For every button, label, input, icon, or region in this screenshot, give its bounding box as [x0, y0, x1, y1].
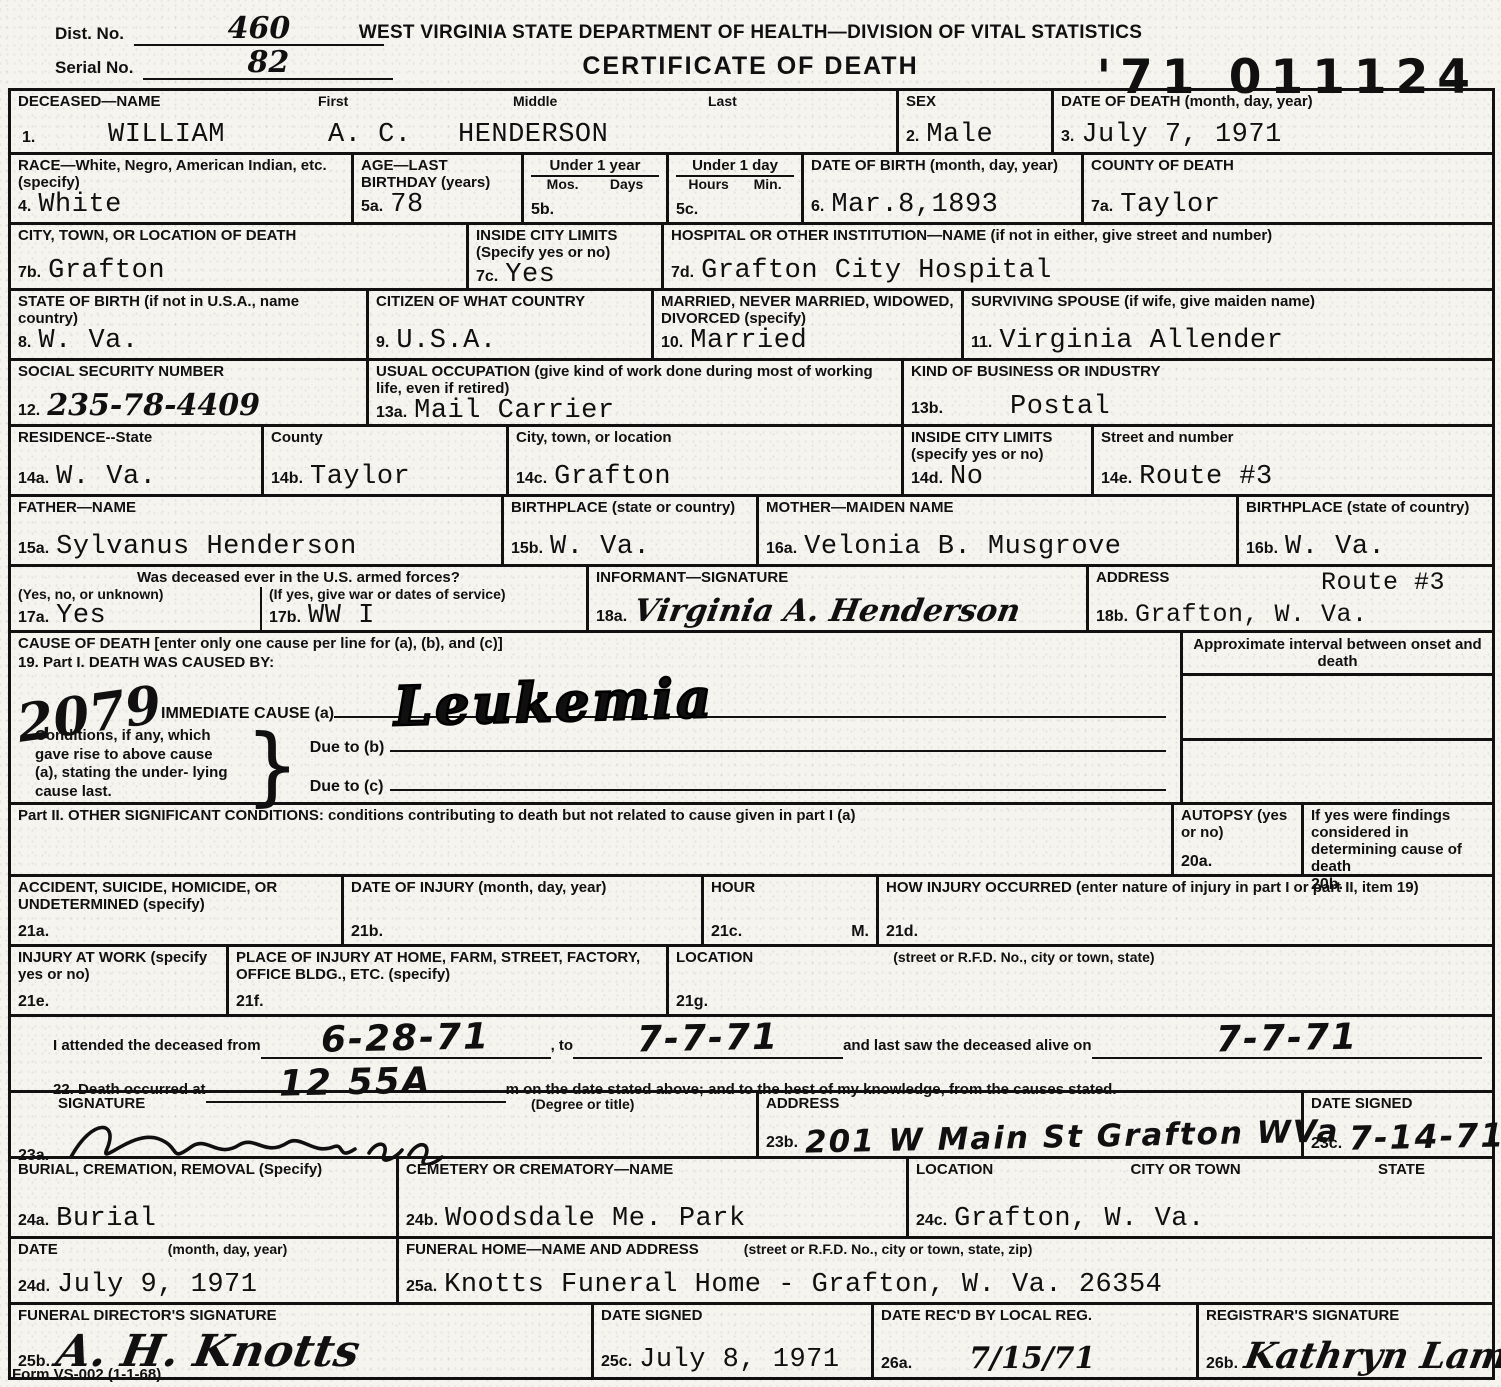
father-name-label: FATHER—NAME	[18, 500, 494, 517]
citizen-value: U.S.A.	[396, 328, 496, 355]
war-value: WW I	[308, 603, 375, 630]
business-value: Postal	[1010, 394, 1110, 421]
row-attended: I attended the deceased from 6-28-71 , t…	[11, 1017, 1492, 1093]
under-1-day-label: Under 1 day	[676, 158, 794, 175]
row-race-age-dob: RACE—White, Negro, American Indian, etc.…	[11, 155, 1492, 225]
ssn-value: 235-78-4409	[47, 391, 260, 421]
autopsy-label: AUTOPSY (yes or no)	[1181, 808, 1294, 842]
date-recd-value: 7/15/71	[969, 1344, 1095, 1374]
armed-forces-question: Was deceased ever in the U.S. armed forc…	[11, 567, 586, 587]
certifier-date-signed-label: DATE SIGNED	[1311, 1096, 1485, 1113]
location-sub-label: (street or R.F.D. No., city or town, sta…	[893, 950, 1154, 967]
age-label: AGE—LAST BIRTHDAY (years)	[361, 158, 514, 192]
burial-type-value: Burial	[56, 1206, 156, 1233]
certifier-signature-label: SIGNATURE	[58, 1096, 749, 1113]
field-5a-number: 5a.	[361, 198, 383, 216]
middle-label: Middle	[513, 94, 557, 109]
cemetery-value: Woodsdale Me. Park	[445, 1206, 746, 1233]
days-label: Days	[610, 177, 643, 192]
field-17b-number: 17b.	[269, 609, 301, 627]
certifier-address-label: ADDRESS	[766, 1096, 1294, 1113]
deceased-name-label: DECEASED—NAME	[18, 94, 161, 111]
informant-signature-label: INFORMANT—SIGNATURE	[596, 570, 1079, 587]
certifier-address-value: 201 W Main St Grafton WVa	[805, 1116, 1340, 1158]
county-of-death-label: COUNTY OF DEATH	[1091, 158, 1485, 175]
field-21e-number: 21e.	[18, 993, 49, 1011]
field-20a-number: 20a.	[1181, 853, 1212, 871]
row-place-of-death: CITY, TOWN, OR LOCATION OF DEATH 7b. Gra…	[11, 225, 1492, 291]
residence-limits-value: No	[950, 464, 983, 491]
field-26b-number: 26b.	[1206, 1355, 1238, 1373]
row-accident: ACCIDENT, SUICIDE, HOMICIDE, OR UNDETERM…	[11, 877, 1492, 947]
row-deceased-name: DECEASED—NAME First Middle Last 1. WILLI…	[11, 91, 1492, 155]
field-14b-number: 14b.	[271, 470, 303, 488]
field-9-number: 9.	[376, 334, 389, 352]
under-1-year-label: Under 1 year	[531, 158, 659, 175]
marital-status-value: Married	[690, 328, 807, 355]
hospital-value: Grafton City Hospital	[701, 258, 1052, 285]
field-15b-number: 15b.	[511, 540, 543, 558]
surviving-spouse-label: SURVIVING SPOUSE (if wife, give maiden n…	[971, 294, 1485, 311]
department-title: WEST VIRGINIA STATE DEPARTMENT OF HEALTH…	[330, 22, 1171, 44]
deceased-last-name: HENDERSON	[458, 122, 608, 149]
state-of-birth-label: STATE OF BIRTH (if not in U.S.A., name c…	[18, 294, 359, 328]
field-24d-number: 24d.	[18, 1278, 50, 1296]
director-date-signed-label: DATE SIGNED	[601, 1308, 864, 1325]
hospital-label: HOSPITAL OR OTHER INSTITUTION—NAME (if n…	[671, 228, 1485, 245]
city-of-death-value: Grafton	[48, 258, 165, 285]
cemetery-label: CEMETERY OR CREMATORY—NAME	[406, 1162, 899, 1179]
field-5b-number: 5b.	[531, 201, 554, 219]
funeral-home-value: Knotts Funeral Home - Grafton, W. Va. 26…	[444, 1272, 1162, 1299]
occupation-value: Mail Carrier	[414, 398, 614, 425]
interval-line-2	[1183, 741, 1492, 803]
cause-of-death-main: CAUSE OF DEATH [enter only one cause per…	[11, 633, 1180, 802]
field-8-number: 8.	[18, 334, 31, 352]
burial-city-label: CITY OR TOWN	[1130, 1162, 1240, 1179]
due-to-b-line	[390, 736, 1166, 752]
row-part2: Part II. OTHER SIGNIFICANT CONDITIONS: c…	[11, 805, 1492, 877]
armed-forces-value: Yes	[56, 603, 106, 630]
form-number: Form VS-002 (1-1-68)	[12, 1366, 161, 1383]
place-of-injury-label: PLACE OF INJURY AT HOME, FARM, STREET, F…	[236, 950, 659, 984]
certificate-form: DECEASED—NAME First Middle Last 1. WILLI…	[8, 88, 1495, 1380]
brace-glyph: }	[245, 727, 300, 805]
field-21b-number: 21b.	[351, 923, 383, 941]
field-7d-number: 7d.	[671, 264, 694, 282]
field-25c-number: 25c.	[601, 1353, 632, 1371]
inside-limits-label: INSIDE CITY LIMITS (Specify yes or no)	[476, 228, 654, 262]
street-number-value: Route #3	[1139, 464, 1273, 491]
burial-type-label: BURIAL, CREMATION, REMOVAL (Specify)	[18, 1162, 389, 1179]
field-25a-number: 25a.	[406, 1278, 437, 1296]
mother-birthplace-label: BIRTHPLACE (state of country)	[1246, 500, 1485, 517]
burial-date-sub-label: (month, day, year)	[168, 1242, 288, 1259]
field-14e-number: 14e.	[1101, 470, 1132, 488]
field-4-number: 4.	[18, 198, 31, 216]
date-recd-label: DATE REC'D BY LOCAL REG.	[881, 1308, 1189, 1325]
father-name-value: Sylvanus Henderson	[56, 534, 357, 561]
accident-label: ACCIDENT, SUICIDE, HOMICIDE, OR UNDETERM…	[18, 880, 334, 914]
field-1-number: 1.	[22, 129, 35, 147]
city-of-death-label: CITY, TOWN, OR LOCATION OF DEATH	[18, 228, 459, 245]
age-value: 78	[390, 192, 423, 219]
field-14d-number: 14d.	[911, 470, 943, 488]
mother-name-value: Velonia B. Musgrove	[804, 534, 1121, 561]
row-birth-citizen-marital: STATE OF BIRTH (if not in U.S.A., name c…	[11, 291, 1492, 361]
attended-prefix: I attended the deceased from	[53, 1037, 261, 1054]
field-3-number: 3.	[1061, 128, 1074, 146]
certificate-header: Dist. No. 460 Serial No. 82 WEST VIRGINI…	[0, 0, 1501, 88]
informant-address-line2: Grafton, W. Va.	[1135, 602, 1368, 627]
due-to-c-label: Due to (c)	[310, 778, 384, 796]
business-label: KIND OF BUSINESS OR INDUSTRY	[911, 364, 1485, 381]
min-label: Min.	[754, 177, 782, 192]
mos-label: Mos.	[547, 177, 579, 192]
burial-date-label: DATE	[18, 1242, 58, 1259]
field-23c-number: 23c.	[1311, 1135, 1342, 1153]
occupation-label: USUAL OCCUPATION (give kind of work done…	[376, 364, 894, 398]
field-24a-number: 24a.	[18, 1212, 49, 1230]
interval-header: Approximate interval between onset and d…	[1183, 633, 1492, 676]
interval-line-1	[1183, 676, 1492, 741]
field-18b-number: 18b.	[1096, 608, 1128, 626]
mother-birthplace-value: W. Va.	[1285, 534, 1385, 561]
field-7a-number: 7a.	[1091, 198, 1113, 216]
field-17a-number: 17a.	[18, 609, 49, 627]
field-14a-number: 14a.	[18, 470, 49, 488]
ssn-label: SOCIAL SECURITY NUMBER	[18, 364, 359, 381]
field-11-number: 11.	[971, 334, 992, 352]
residence-city-label: City, town, or location	[516, 430, 894, 447]
burial-date-value: July 9, 1971	[57, 1272, 257, 1299]
attended-from-line: 6-28-71	[261, 1021, 551, 1059]
field-2-number: 2.	[906, 128, 919, 146]
residence-state-label: RESIDENCE--State	[18, 430, 254, 447]
field-21a-number: 21a.	[18, 923, 49, 941]
field-21g-number: 21g.	[676, 993, 708, 1011]
director-date-signed-value: July 8, 1971	[639, 1347, 839, 1374]
hour-label: HOUR	[711, 880, 869, 897]
father-birthplace-label: BIRTHPLACE (state or country)	[511, 500, 749, 517]
row-parents: FATHER—NAME 15a. Sylvanus Henderson BIRT…	[11, 497, 1492, 567]
field-6-number: 6.	[811, 198, 824, 216]
date-of-death-value: July 7, 1971	[1081, 122, 1281, 149]
citizen-label: CITIZEN OF WHAT COUNTRY	[376, 294, 644, 311]
physician-signature	[57, 1113, 497, 1165]
field-21f-number: 21f.	[236, 993, 264, 1011]
row-cause-of-death: CAUSE OF DEATH [enter only one cause per…	[11, 633, 1492, 805]
sex-value: Male	[926, 122, 993, 149]
row-funeral-home: DATE (month, day, year) 24d. July 9, 197…	[11, 1239, 1492, 1305]
burial-location-value: Grafton, W. Va.	[954, 1206, 1205, 1233]
due-to-c-line	[390, 775, 1167, 791]
informant-address-label: ADDRESS	[1096, 570, 1169, 595]
attended-to-label: , to	[551, 1037, 574, 1054]
autopsy-findings-label: If yes were findings considered in deter…	[1311, 808, 1485, 876]
field-24c-number: 24c.	[916, 1212, 947, 1230]
deceased-first-name: WILLIAM	[108, 122, 225, 149]
date-of-birth-label: DATE OF BIRTH (month, day, year)	[811, 158, 1074, 175]
field-14c-number: 14c.	[516, 470, 547, 488]
death-certificate-document: Dist. No. 460 Serial No. 82 WEST VIRGINI…	[0, 0, 1501, 1387]
burial-state-label: STATE	[1378, 1162, 1425, 1179]
mother-name-label: MOTHER—MAIDEN NAME	[766, 500, 1229, 517]
field-21d-number: 21d.	[886, 923, 918, 941]
field-5c-number: 5c.	[676, 201, 698, 219]
date-of-birth-value: Mar.8,1893	[831, 192, 998, 219]
location-label: LOCATION	[676, 950, 753, 967]
attended-to-line: 7-7-71	[573, 1021, 843, 1059]
surviving-spouse-value: Virginia Allender	[999, 328, 1283, 355]
field-18a-number: 18a.	[596, 608, 627, 626]
field-24b-number: 24b.	[406, 1212, 438, 1230]
residence-city-value: Grafton	[554, 464, 671, 491]
row-residence: RESIDENCE--State 14a. W. Va. County 14b.…	[11, 427, 1492, 497]
state-of-birth-value: W. Va.	[38, 328, 138, 355]
interval-column: Approximate interval between onset and d…	[1180, 633, 1492, 802]
row-injury-at-work: INJURY AT WORK (specify yes or no) 21e. …	[11, 947, 1492, 1017]
serial-no-label: Serial No.	[55, 58, 133, 80]
first-label: First	[318, 94, 348, 109]
residence-limits-label: INSIDE CITY LIMITS (specify yes or no)	[911, 430, 1084, 464]
field-7b-number: 7b.	[18, 264, 41, 282]
dist-no-label: Dist. No.	[55, 24, 124, 46]
field-21c-number: 21c.	[711, 923, 742, 941]
county-of-death-value: Taylor	[1120, 192, 1220, 219]
informant-address-line1: Route #3	[1321, 570, 1445, 595]
field-15a-number: 15a.	[18, 540, 49, 558]
street-number-label: Street and number	[1101, 430, 1485, 447]
attended-from-value: 6-28-71	[321, 1019, 491, 1059]
burial-location-label: LOCATION	[916, 1162, 993, 1179]
row-armed-forces-informant: Was deceased ever in the U.S. armed forc…	[11, 567, 1492, 633]
registrar-signature-label: REGISTRAR'S SIGNATURE	[1206, 1308, 1485, 1325]
sex-label: SEX	[906, 94, 1044, 111]
hour-m-label: M.	[851, 923, 869, 941]
residence-state-value: W. Va.	[56, 464, 156, 491]
funeral-home-label: FUNERAL HOME—NAME AND ADDRESS	[406, 1242, 699, 1259]
last-label: Last	[708, 94, 737, 109]
father-birthplace-value: W. Va.	[550, 534, 650, 561]
part2-label: Part II. OTHER SIGNIFICANT CONDITIONS: c…	[18, 808, 1164, 825]
armed-forces-yes-no-label: (Yes, no, or unknown)	[18, 587, 253, 602]
date-of-death-label: DATE OF DEATH (month, day, year)	[1061, 94, 1485, 111]
registrar-signature-value: Kathryn Lambert	[1242, 1338, 1501, 1374]
field-26a-number: 26a.	[881, 1355, 912, 1373]
immediate-cause-value: Leukemia	[394, 677, 715, 729]
attended-to-value: 7-7-71	[637, 1020, 780, 1059]
last-saw-label: and last saw the deceased alive on	[843, 1037, 1091, 1054]
field-12-number: 12.	[18, 402, 40, 420]
degree-title-label: (Degree or title)	[531, 1097, 634, 1112]
certifier-date-signed-value: 7-14-71	[1349, 1118, 1501, 1154]
funeral-director-signature-label: FUNERAL DIRECTOR'S SIGNATURE	[18, 1308, 584, 1325]
field-7c-number: 7c.	[476, 268, 498, 286]
cause-of-death-header: CAUSE OF DEATH [enter only one cause per…	[18, 636, 1173, 653]
residence-county-value: Taylor	[310, 464, 410, 491]
race-label: RACE—White, Negro, American Indian, etc.…	[18, 158, 344, 192]
field-13a-number: 13a.	[376, 404, 407, 422]
marital-status-label: MARRIED, NEVER MARRIED, WIDOWED, DIVORCE…	[661, 294, 954, 328]
field-10-number: 10.	[661, 334, 683, 352]
row-signatures: FUNERAL DIRECTOR'S SIGNATURE 25b. A. H. …	[11, 1305, 1492, 1377]
certificate-title: CERTIFICATE OF DEATH	[330, 52, 1171, 81]
how-injury-label: HOW INJURY OCCURRED (enter nature of inj…	[886, 880, 1485, 897]
field-16b-number: 16b.	[1246, 540, 1278, 558]
race-value: White	[38, 192, 122, 219]
due-to-b-label: Due to (b)	[310, 739, 385, 757]
deceased-middle-name: A. C.	[328, 122, 412, 149]
field-16a-number: 16a.	[766, 540, 797, 558]
last-saw-value: 7-7-71	[1215, 1020, 1358, 1059]
injury-date-label: DATE OF INJURY (month, day, year)	[351, 880, 694, 897]
field-23b-number: 23b.	[766, 1134, 798, 1152]
funeral-home-sub-label: (street or R.F.D. No., city or town, sta…	[744, 1242, 1033, 1259]
inside-limits-value: Yes	[505, 262, 555, 289]
hours-label: Hours	[688, 177, 728, 192]
last-saw-line: 7-7-71	[1092, 1021, 1483, 1059]
immediate-cause-line: Leukemia	[334, 698, 1166, 718]
injury-at-work-label: INJURY AT WORK (specify yes or no)	[18, 950, 219, 984]
row-ssn-occupation: SOCIAL SECURITY NUMBER 12. 235-78-4409 U…	[11, 361, 1492, 427]
row-burial: BURIAL, CREMATION, REMOVAL (Specify) 24a…	[11, 1159, 1492, 1239]
informant-signature-value: Virginia A. Henderson	[631, 596, 1022, 627]
field-13b-number: 13b.	[911, 400, 943, 418]
row-certifier: SIGNATURE (Degree or title) 23a. ADDRESS…	[11, 1093, 1492, 1159]
residence-county-label: County	[271, 430, 499, 447]
